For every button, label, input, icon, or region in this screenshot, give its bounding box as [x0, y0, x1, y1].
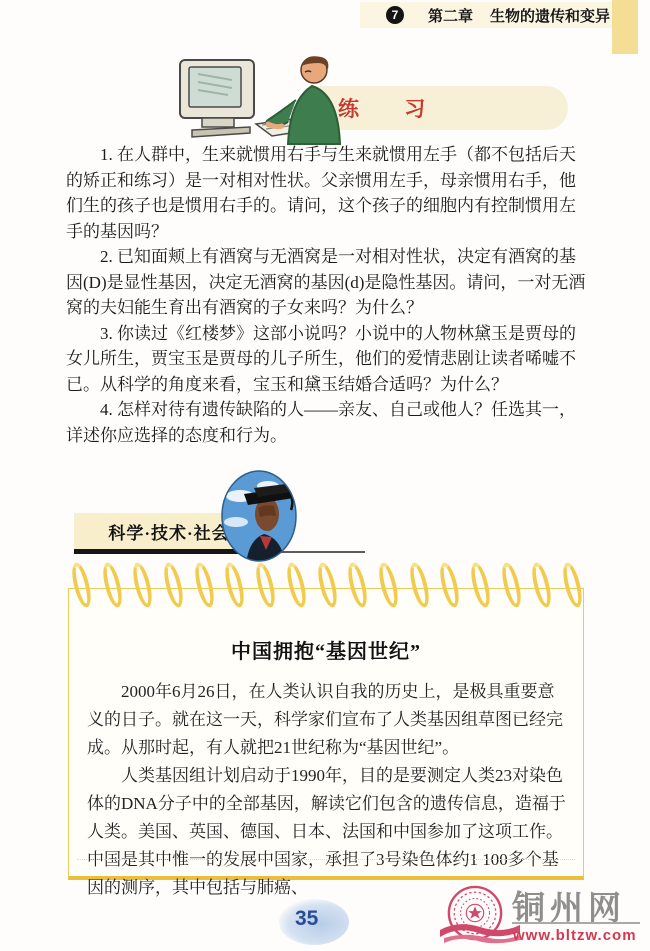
- sts-article-card: 中国拥抱“基因世纪” 2000年6月26日，在人类认识自我的历史上，是极具重要意…: [68, 588, 584, 880]
- chapter-title: 生物的遗传和变异: [490, 5, 610, 26]
- student-at-computer-illustration: [172, 52, 422, 147]
- page-number: 35: [295, 907, 318, 931]
- watermark-site-url: www.bltzw.com: [513, 927, 637, 944]
- graduate-portrait-illustration: [220, 470, 300, 566]
- article-body: 2000年6月26日，在人类认识自我的历史上，是极具重要意义的日子。就在这一天，…: [87, 678, 569, 902]
- watermark-divider: [512, 922, 640, 924]
- sts-section-label: 科学·技术·社会: [108, 519, 229, 544]
- article-paragraph: 人类基因组计划启动于1990年，目的是要测定人类23对染色体的DNA分子中的全部…: [87, 762, 569, 902]
- article-paragraph: 2000年6月26日，在人类认识自我的历史上，是极具重要意义的日子。就在这一天，…: [87, 678, 569, 762]
- chapter-number-badge: 7: [386, 6, 404, 24]
- question-4: 4. 怎样对待有遗传缺陷的人——亲友、自己或他人？任选其一，详述你应选择的态度和…: [66, 397, 588, 448]
- question-1: 1. 在人群中，生来就惯用右手与生来就惯用左手（都不包括后天的矫正和练习）是一对…: [66, 142, 588, 244]
- textbook-page: 7 第二章 生物的遗传和变异 练 习 1. 在人群中，生来就惯用右手与生来就惯用…: [0, 0, 650, 951]
- page-edge-tab: [612, 0, 638, 54]
- question-2: 2. 已知面颊上有酒窝与无酒窝是一对相对性状，决定有酒窝的基因(D)是显性基因，…: [66, 244, 588, 321]
- question-3: 3. 你读过《红楼梦》这部小说吗？小说中的人物林黛玉是贾母的女儿所生，贾宝玉是贾…: [66, 321, 588, 398]
- article-title: 中国拥抱“基因世纪”: [69, 635, 583, 664]
- exercise-questions: 1. 在人群中，生来就惯用右手与生来就惯用左手（都不包括后天的矫正和练习）是一对…: [66, 142, 588, 448]
- watermark-ribbon-icon: [438, 920, 522, 946]
- chapter-label: 第二章: [428, 5, 473, 26]
